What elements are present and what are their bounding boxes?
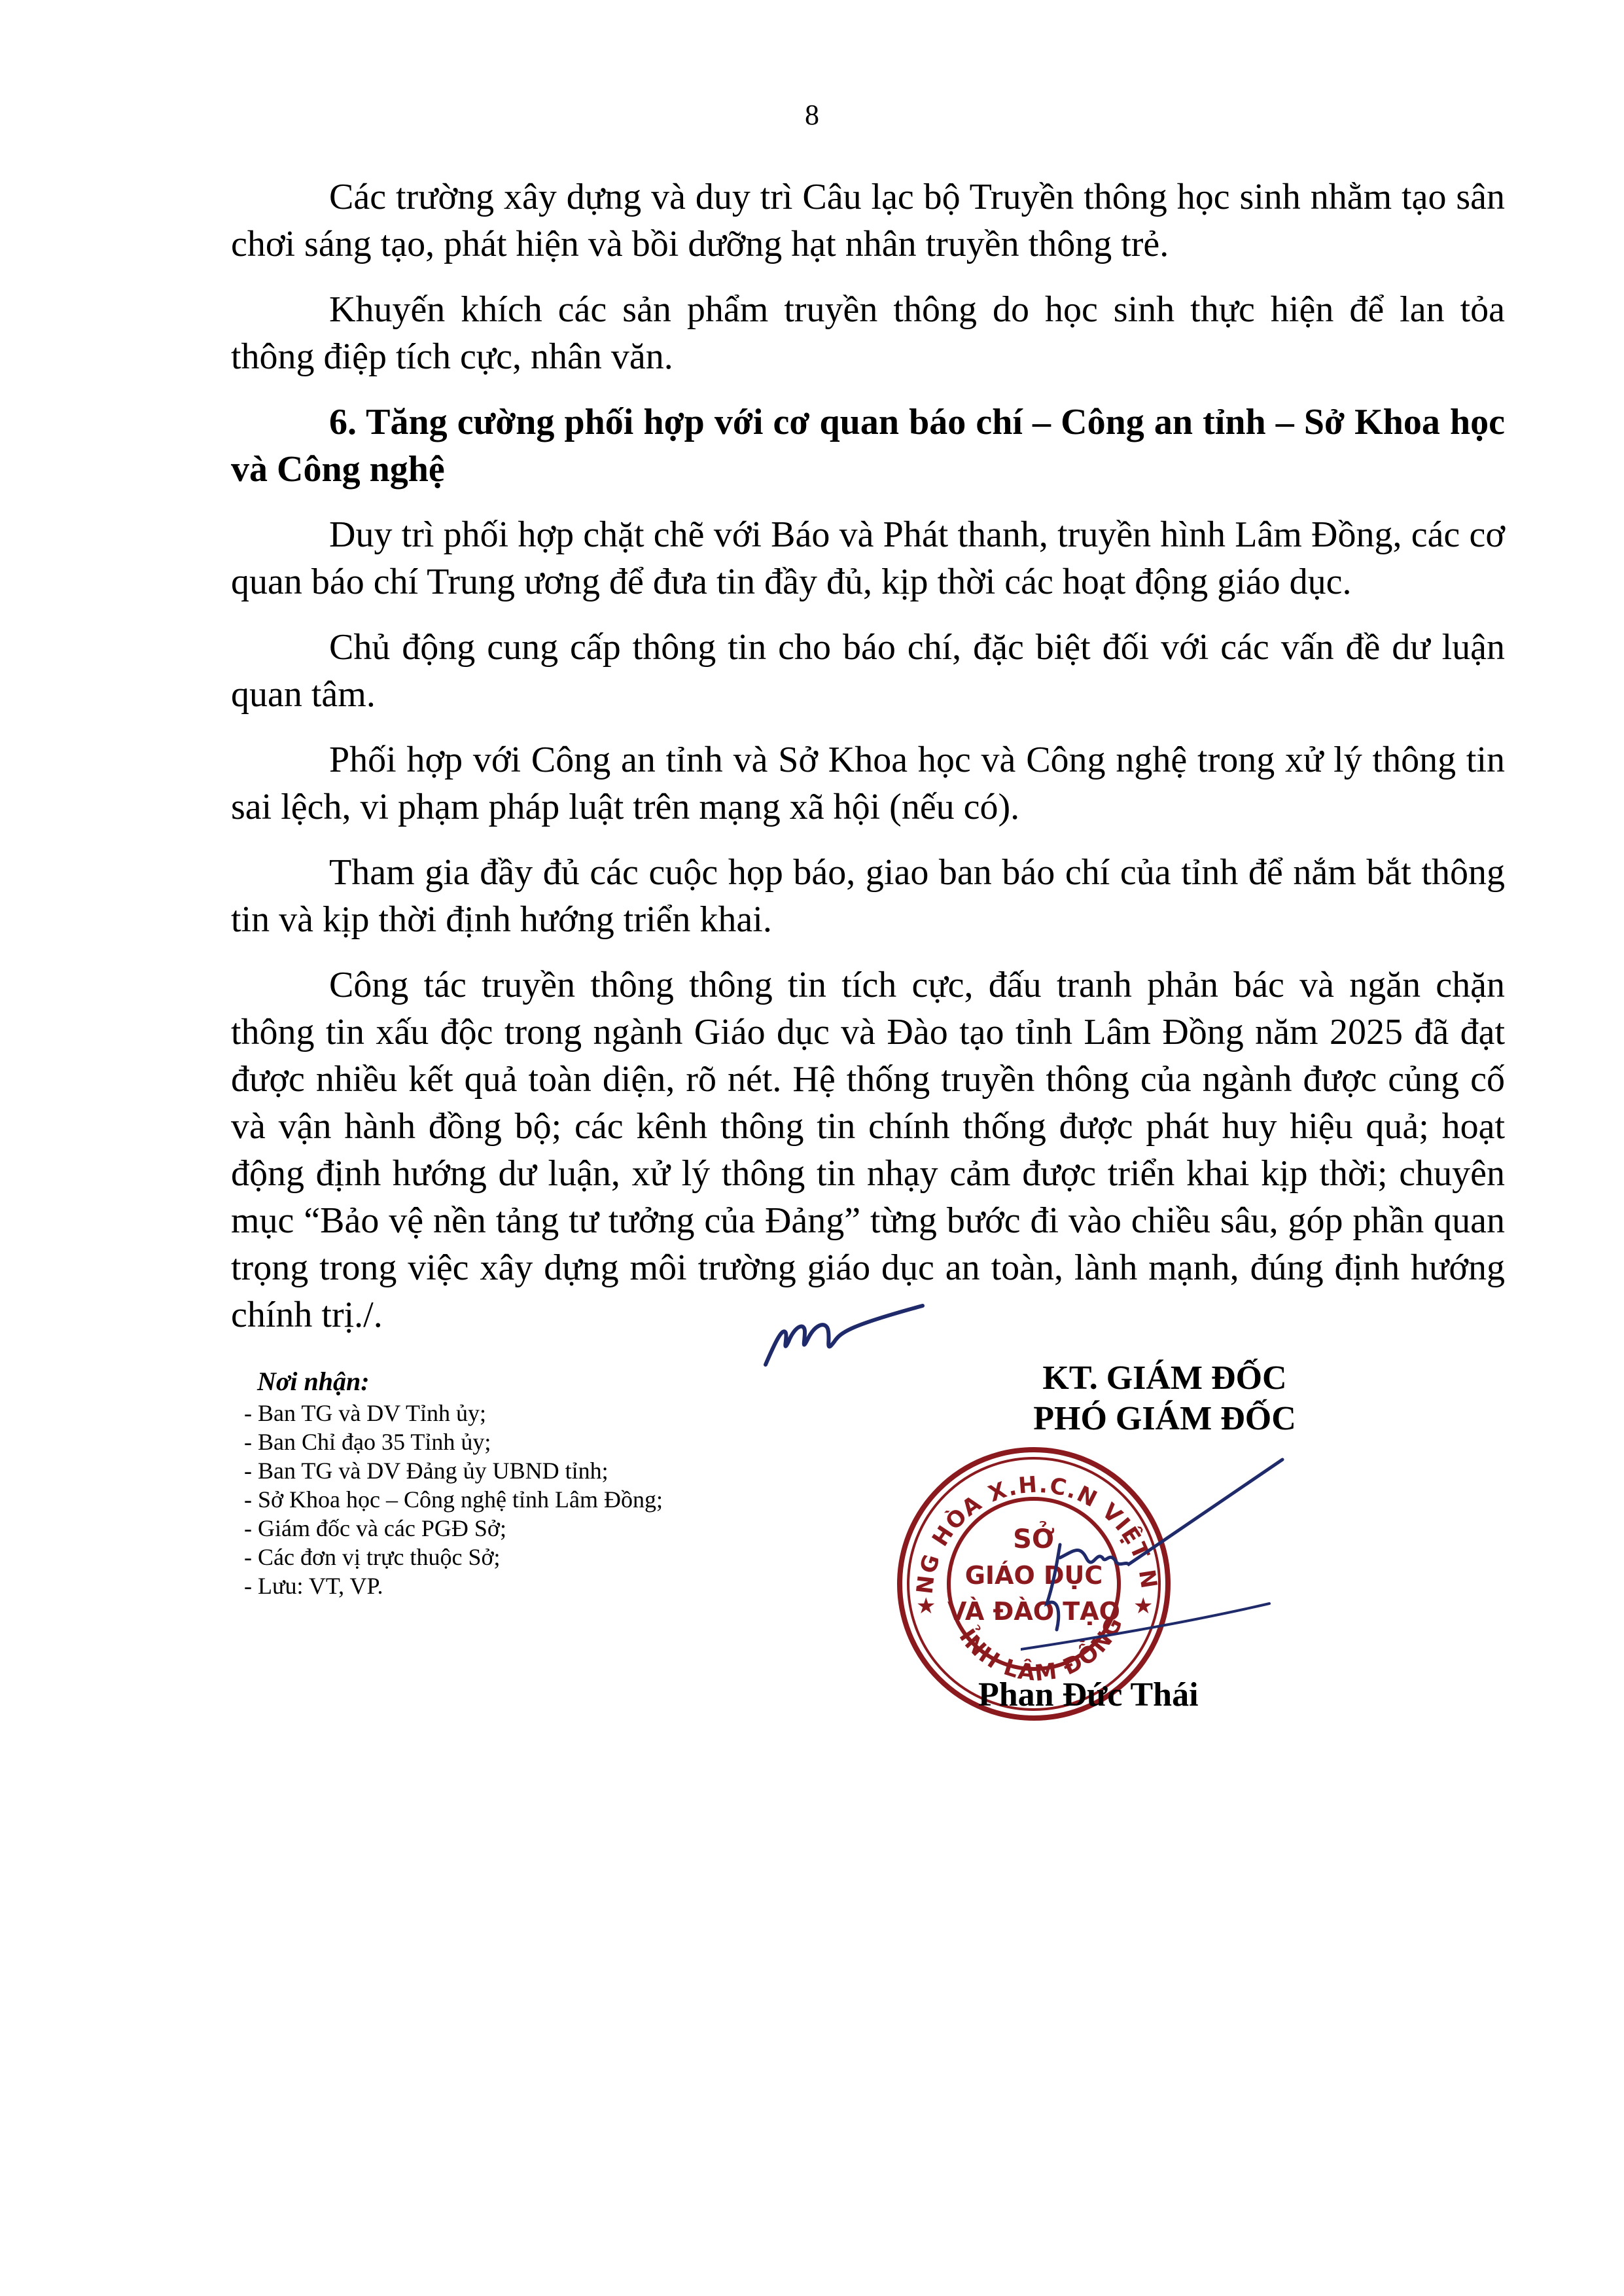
paragraph-conclusion: Công tác truyền thông thông tin tích cực…: [231, 961, 1505, 1338]
recipient-item: - Ban TG và DV Tỉnh ủy;: [244, 1399, 663, 1427]
svg-text:★: ★: [916, 1594, 936, 1619]
recipients-list: Nơi nhận: - Ban TG và DV Tỉnh ủy; - Ban …: [231, 1365, 663, 1600]
signature-title-block: KT. GIÁM ĐỐC PHÓ GIÁM ĐỐC: [955, 1358, 1374, 1439]
paragraph-police-coordination: Phối hợp với Công an tỉnh và Sở Khoa học…: [231, 736, 1505, 831]
page-number: 8: [0, 98, 1624, 132]
recipient-item: - Ban Chỉ đạo 35 Tỉnh ủy;: [244, 1427, 663, 1456]
recipients-title: Nơi nhận:: [257, 1365, 663, 1399]
paragraph-student-products: Khuyến khích các sản phẩm truyền thông d…: [231, 286, 1505, 380]
paragraph-press-coordination: Duy trì phối hợp chặt chẽ với Báo và Phá…: [231, 511, 1505, 605]
document-body: Các trường xây dựng và duy trì Câu lạc b…: [231, 173, 1505, 1338]
recipient-item: - Lưu: VT, VP.: [244, 1571, 663, 1600]
recipient-item: - Các đơn vị trực thuộc Sở;: [244, 1543, 663, 1571]
paragraph-club: Các trường xây dựng và duy trì Câu lạc b…: [231, 173, 1505, 268]
recipient-item: - Giám đốc và các PGĐ Sở;: [244, 1514, 663, 1543]
initials-signature-icon: [759, 1302, 929, 1381]
section-heading-6: 6. Tăng cường phối hợp với cơ quan báo c…: [231, 399, 1505, 493]
signature-line-kt: KT. GIÁM ĐỐC: [955, 1358, 1374, 1399]
signer-name: Phan Đức Thái: [978, 1676, 1199, 1714]
paragraph-provide-info: Chủ động cung cấp thông tin cho báo chí,…: [231, 624, 1505, 718]
recipient-item: - Sở Khoa học – Công nghệ tỉnh Lâm Đồng;: [244, 1485, 663, 1514]
paragraph-press-meetings: Tham gia đầy đủ các cuộc họp báo, giao b…: [231, 849, 1505, 943]
handwritten-signature-icon: [1021, 1453, 1296, 1676]
recipient-item: - Ban TG và DV Đảng ủy UBND tỉnh;: [244, 1456, 663, 1485]
